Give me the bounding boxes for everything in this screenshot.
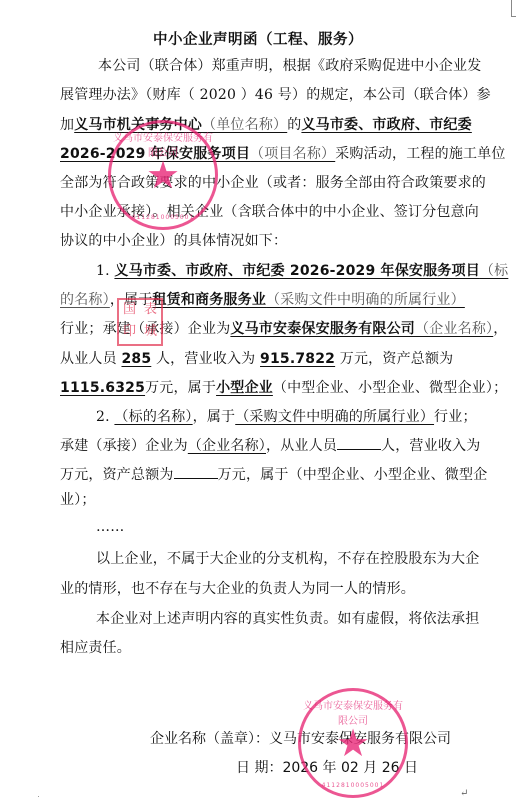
item1-line-1: 1. 义马市委、市政府、市纪委 2026-2029 年保安服务项目（标 bbox=[96, 262, 496, 280]
assets: 1115.6325 bbox=[60, 380, 145, 396]
item2-line-3: 万元，资产总额为万元，属于（中型企业、小型企业、微型企 bbox=[60, 466, 460, 484]
closing1-line-2: 业的情形，也不存在与大企业的负责人为同一人的情形。 bbox=[60, 580, 460, 598]
intro-line-1: 本公司（联合体）郑重声明，根据《政府采购促进中小企业发 bbox=[98, 57, 498, 75]
item1-industry: 租赁和商务服务业 bbox=[152, 292, 266, 308]
staff-blank bbox=[337, 437, 381, 450]
project-name-part1: 义马市委、市政府、市纪委 bbox=[301, 117, 471, 133]
document-title: 中小企业声明函（工程、服务） bbox=[0, 28, 516, 49]
item2-line-2: 承建（承接）企业为（企业名称），从业人员人，营业收入为 bbox=[60, 437, 460, 455]
item1-target-name: 义马市委、市政府、市纪委 2026-2029 年保安服务项目 bbox=[114, 263, 480, 279]
intro-line-5: 全部为符合政策要求的中小企业（或者：服务全部由符合政策要求的 bbox=[60, 174, 460, 192]
item1-line-4: 从业人员 285 人，营业收入为 915.7822 万元，资产总额为 bbox=[60, 350, 460, 368]
enterprise-size: 小型企业 bbox=[216, 380, 273, 396]
revenue: 915.7822 bbox=[260, 351, 335, 367]
item2-line-4: 业）； bbox=[60, 491, 460, 509]
staff-count: 285 bbox=[121, 351, 151, 367]
signature-company: 义马市安泰保安服务有限公司 bbox=[269, 731, 451, 747]
project-name-part2: 2026-2029 年保安服务项目 bbox=[60, 146, 250, 162]
margin-dot bbox=[38, 796, 39, 797]
signature-company-line: 企业名称（盖章）：义马市安泰保安服务有限公司 bbox=[150, 728, 451, 748]
closing1-line-1: 以上企业，不属于大企业的分支机构，不存在控股股东为大企 bbox=[96, 550, 496, 568]
intro-line-6: 中小企业承接）。相关企业（含联合体中的中小企业、签订分包意向 bbox=[60, 203, 460, 221]
signature-date: 2026 年 02 月 26 日 bbox=[282, 760, 418, 776]
intro-line-3: 加义马市机关事务中心（单位名称）的义马市委、市政府、市纪委 bbox=[60, 116, 460, 134]
item1-company: 义马市安泰保安服务有限公司 bbox=[230, 321, 415, 337]
page-corner-mark bbox=[511, 0, 516, 17]
paragraph-mark-icon: ↵ bbox=[460, 788, 468, 799]
closing2-line-1: 本企业对上述声明内容的真实性负责。如有虚假，将依法承担 bbox=[96, 610, 496, 628]
signature-date-line: 日 期：2026 年 02 月 26 日 bbox=[236, 757, 418, 777]
item1-line-5: 1115.6325万元，属于小型企业（中型企业、小型企业、微型企业）； bbox=[60, 379, 460, 397]
item2-line-1: 2. （标的名称），属于（采购文件中明确的所属行业）行业； bbox=[96, 408, 496, 426]
item1-line-2: 的名称），属于租赁和商务服务业（采购文件中明确的所属行业） bbox=[60, 291, 460, 309]
unit-name: 义马市机关事务中心 bbox=[74, 117, 202, 133]
intro-line-2: 展管理办法》（财库（ 2020 ）46 号）的规定，本公司（联合体）参 bbox=[60, 86, 460, 104]
item1-line-3: 行业；承建（承接）企业为义马市安泰保安服务有限公司（企业名称）， bbox=[60, 320, 460, 338]
intro-line-7: 协议的中小企业）的具体情况如下： bbox=[60, 232, 460, 250]
closing2-line-2: 相应责任。 bbox=[60, 639, 460, 657]
ellipsis: …… bbox=[96, 518, 496, 536]
intro-line-4: 2026-2029 年保安服务项目（项目名称）采购活动，工程的施工单位 bbox=[60, 145, 460, 163]
assets-blank bbox=[174, 466, 218, 479]
